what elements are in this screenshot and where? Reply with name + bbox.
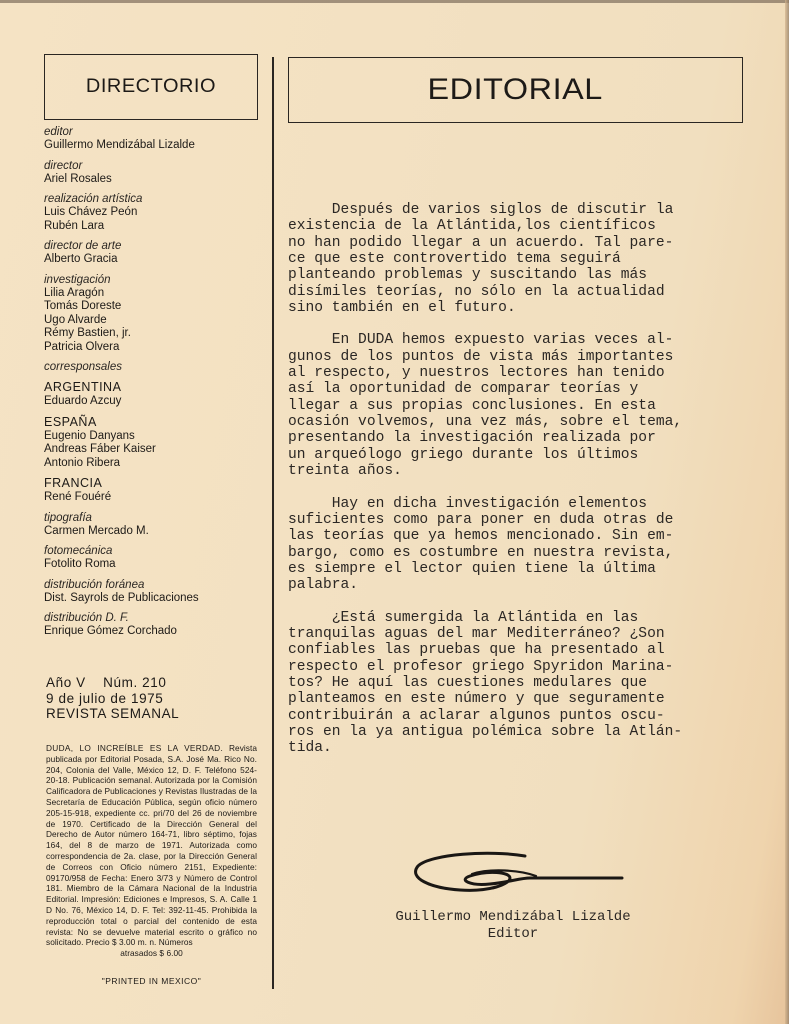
- page-edge: [0, 0, 789, 3]
- staff-name: Alberto Gracia: [44, 253, 264, 267]
- editorial-title: EDITORIAL: [428, 73, 603, 107]
- staff-role: director de arte: [44, 239, 264, 253]
- staff-name: Eduardo Azcuy: [44, 395, 264, 409]
- staff-role: fotomecánica: [44, 544, 264, 558]
- staff-name: Ugo Alvarde: [44, 314, 264, 328]
- issue-frequency: REVISTA SEMANAL: [46, 706, 256, 722]
- staff-directory: editorGuillermo Mendizábal Lizaldedirect…: [44, 125, 264, 645]
- editorial-header-box: EDITORIAL: [288, 57, 743, 123]
- correspondent-country: FRANCIA: [44, 476, 264, 491]
- directory-section: fotomecánicaFotolito Roma: [44, 544, 264, 572]
- back-issue-price: atrasados $ 6.00: [46, 948, 257, 959]
- staff-name: Fotolito Roma: [44, 558, 264, 572]
- staff-name: Ariel Rosales: [44, 173, 264, 187]
- editorial-paragraph: En DUDA hemos expuesto varias veces al- …: [288, 332, 738, 479]
- production-list: tipografíaCarmen Mercado M.fotomecánicaF…: [44, 511, 264, 639]
- directory-section: directorAriel Rosales: [44, 159, 264, 187]
- editorial-paragraph: ¿Está sumergida la Atlántida en las tran…: [288, 610, 738, 757]
- staff-name: Enrique Gómez Corchado: [44, 625, 264, 639]
- correspondent-country: ARGENTINA: [44, 380, 264, 395]
- directory-section: distribución foráneaDist. Sayrols de Pub…: [44, 578, 264, 606]
- directory-section: ARGENTINAEduardo Azcuy: [44, 380, 264, 409]
- staff-name: Patricia Olvera: [44, 341, 264, 355]
- staff-role: distribución foránea: [44, 578, 264, 592]
- directory-section: distribución D. F.Enrique Gómez Corchado: [44, 611, 264, 639]
- staff-name: Antonio Ribera: [44, 457, 264, 471]
- printed-in-mexico: "PRINTED IN MEXICO": [46, 976, 257, 986]
- issue-number: Año V Núm. 210: [46, 675, 256, 691]
- directory-section: tipografíaCarmen Mercado M.: [44, 511, 264, 539]
- staff-role: director: [44, 159, 264, 173]
- directory-section: FRANCIARené Fouéré: [44, 476, 264, 505]
- signature-block: Guillermo Mendizábal Lizalde Editor: [288, 909, 738, 943]
- staff-name: René Fouéré: [44, 491, 264, 505]
- directory-title: DIRECTORIO: [86, 76, 216, 98]
- staff-name: Tomás Doreste: [44, 300, 264, 314]
- editorial-paragraph: Después de varios siglos de discutir la …: [288, 202, 738, 316]
- correspondents-section: corresponsales: [44, 360, 264, 374]
- editorial-body: Después de varios siglos de discutir la …: [288, 202, 738, 773]
- staff-name: Guillermo Mendizábal Lizalde: [44, 139, 264, 153]
- staff-name: Andreas Fáber Kaiser: [44, 443, 264, 457]
- directory-section: editorGuillermo Mendizábal Lizalde: [44, 125, 264, 153]
- staff-role: investigación: [44, 273, 264, 287]
- legal-notice: DUDA, LO INCREÍBLE ES LA VERDAD. Revista…: [46, 743, 257, 959]
- editor-signature: [410, 848, 630, 902]
- staff-name: Rubén Lara: [44, 220, 264, 234]
- correspondent-country: ESPAÑA: [44, 415, 264, 430]
- directory-header-box: DIRECTORIO: [44, 54, 258, 120]
- page-edge-shadow: [785, 0, 789, 1024]
- legal-heading: DUDA, LO INCREÍBLE ES LA VERDAD.: [46, 743, 223, 753]
- staff-name: Rémy Bastien, jr.: [44, 327, 264, 341]
- signatory-title: Editor: [288, 926, 738, 943]
- staff-list: editorGuillermo Mendizábal Lizaldedirect…: [44, 125, 264, 354]
- column-divider: [272, 57, 274, 989]
- issue-info: Año V Núm. 210 9 de julio de 1975 REVIST…: [46, 675, 256, 722]
- staff-role: editor: [44, 125, 264, 139]
- staff-name: Carmen Mercado M.: [44, 525, 264, 539]
- correspondents-role: corresponsales: [44, 360, 264, 374]
- staff-name: Luis Chávez Peón: [44, 206, 264, 220]
- staff-role: distribución D. F.: [44, 611, 264, 625]
- staff-name: Lilia Aragón: [44, 287, 264, 301]
- editorial-paragraph: Hay en dicha investigación elementos suf…: [288, 496, 738, 594]
- directory-section: ESPAÑAEugenio DanyansAndreas Fáber Kaise…: [44, 415, 264, 471]
- directory-section: investigaciónLilia AragónTomás DoresteUg…: [44, 273, 264, 355]
- issue-date: 9 de julio de 1975: [46, 691, 256, 707]
- staff-role: tipografía: [44, 511, 264, 525]
- directory-section: realización artísticaLuis Chávez PeónRub…: [44, 192, 264, 233]
- staff-role: realización artística: [44, 192, 264, 206]
- staff-name: Dist. Sayrols de Publicaciones: [44, 592, 264, 606]
- legal-body: Revista publicada por Editorial Posada, …: [46, 743, 257, 947]
- directory-section: director de arteAlberto Gracia: [44, 239, 264, 267]
- correspondents-list: ARGENTINAEduardo AzcuyESPAÑAEugenio Dany…: [44, 380, 264, 505]
- signatory-name: Guillermo Mendizábal Lizalde: [288, 909, 738, 926]
- staff-name: Eugenio Danyans: [44, 430, 264, 444]
